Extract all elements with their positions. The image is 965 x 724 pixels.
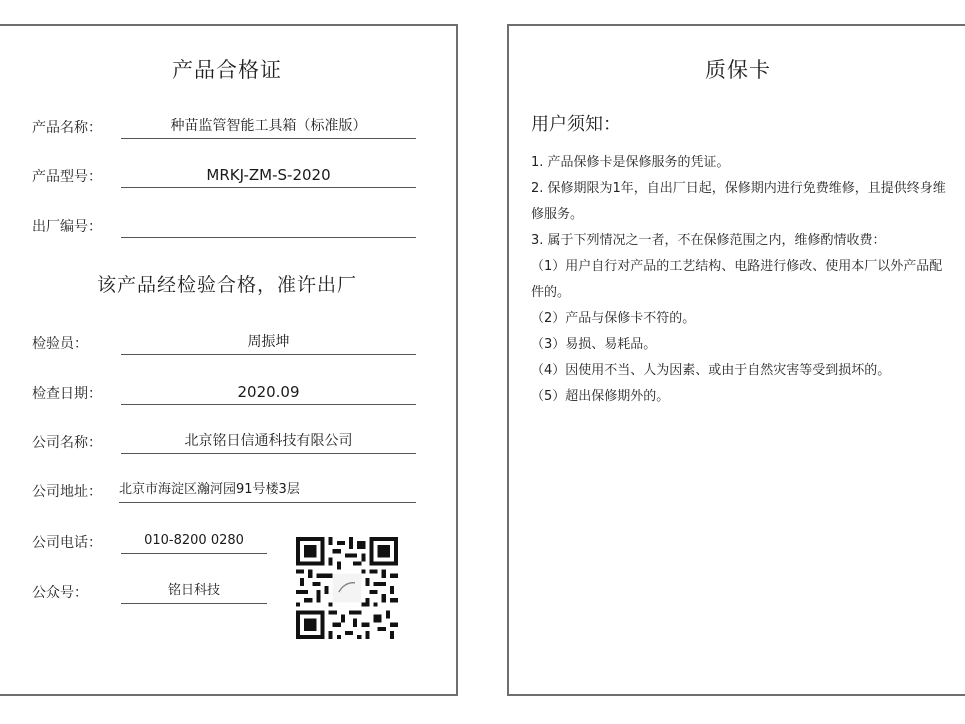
field-value (121, 215, 416, 238)
field-value: 2020.09 (121, 382, 416, 405)
warranty-card: 质保卡 用户须知： 1. 产品保修卡是保修服务的凭证。 2. 保修期限为1年，自… (507, 24, 965, 696)
field-label: 检验员： (32, 333, 88, 353)
product-certificate-card: 产品合格证 产品名称： 种苗监管智能工具箱（标准版） 产品型号： MRKJ-ZM… (0, 24, 458, 696)
notice-item: （3）易损、易耗品。 (531, 332, 953, 358)
field-value: 010-8200 0280 (121, 531, 267, 554)
field-value: MRKJ-ZM-S-2020 (121, 165, 416, 188)
field-label: 公司地址： (32, 481, 102, 501)
field-value: 铭日科技 (121, 581, 267, 604)
field-label: 出厂编号： (32, 216, 102, 236)
field-label: 公众号： (32, 582, 88, 602)
notice-item: 1. 产品保修卡是保修服务的凭证。 (531, 150, 953, 176)
notice-heading: 用户须知： (531, 110, 621, 136)
notice-item: （2）产品与保修卡不符的。 (531, 306, 953, 332)
notice-item: （1）用户自行对产品的工艺结构、电路进行修改、使用本厂以外产品配件的。 (531, 254, 953, 306)
certificate-title: 产品合格证 (0, 54, 456, 84)
field-value: 北京市海淀区瀚河园91号楼3层 (119, 480, 416, 503)
notice-list: 1. 产品保修卡是保修服务的凭证。 2. 保修期限为1年，自出厂日起，保修期内进… (531, 150, 953, 410)
notice-item: 3. 属于下列情况之一者，不在保修范围之内，维修酌情收费： (531, 228, 953, 254)
field-label: 检查日期： (32, 383, 102, 403)
field-label: 产品型号： (32, 166, 102, 186)
notice-item: （5）超出保修期外的。 (531, 384, 953, 410)
field-value: 种苗监管智能工具箱（标准版） (121, 116, 416, 139)
field-label: 产品名称： (32, 117, 102, 137)
warranty-title: 质保卡 (509, 54, 965, 84)
qr-code-icon (296, 536, 398, 640)
field-label: 公司电话： (32, 532, 102, 552)
field-value: 周振坤 (121, 332, 416, 355)
notice-item: 2. 保修期限为1年，自出厂日起，保修期内进行免费维修，且提供终身维修服务。 (531, 176, 953, 228)
notice-item: （4）因使用不当、人为因素、或由于自然灾害等受到损坏的。 (531, 358, 953, 384)
approval-statement: 该产品经检验合格，准许出厂 (0, 270, 456, 297)
field-label: 公司名称： (32, 432, 102, 452)
field-value: 北京铭日信通科技有限公司 (121, 431, 416, 454)
